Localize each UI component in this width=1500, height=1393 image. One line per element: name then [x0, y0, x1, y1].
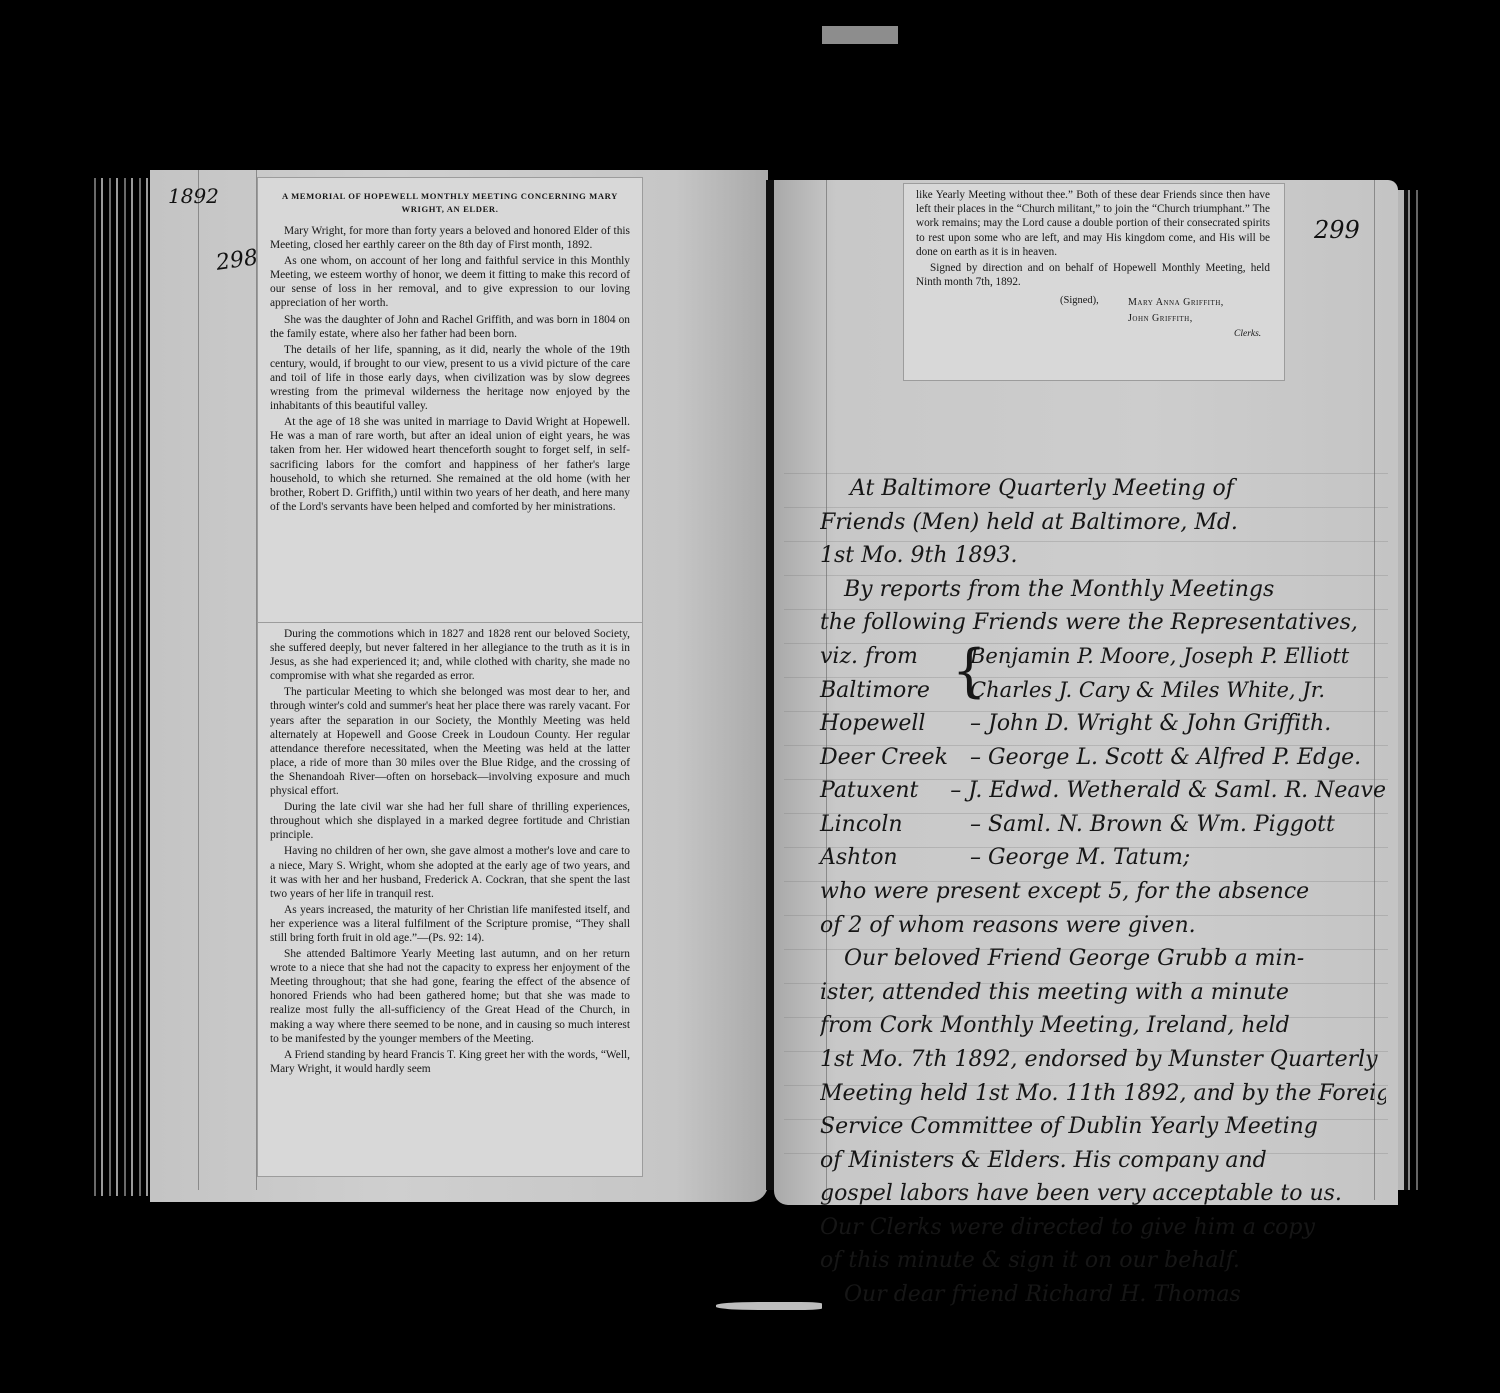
margin-rule [198, 170, 199, 1190]
left-page: 1892 298 A MEMORIAL OF HOPEWELL MONTHLY … [150, 170, 768, 1202]
representative-row: Deer Creek – George L. Scott & Alfred P.… [820, 741, 1386, 775]
minute-line: ister, attended this meeting with a minu… [820, 976, 1386, 1010]
memorial-paragraph: The particular Meeting to which she belo… [270, 685, 630, 798]
signatory: John Griffith, [1128, 313, 1193, 324]
representative-row: Hopewell – John D. Wright & John Griffit… [820, 707, 1386, 741]
representative-names: – George L. Scott & Alfred P. Edge. [970, 741, 1386, 775]
minute-heading-line: At Baltimore Quarterly Meeting of [820, 472, 1386, 506]
year-note: 1892 [168, 184, 219, 208]
memorial-clipping-part-1: A MEMORIAL OF HOPEWELL MONTHLY MEETING C… [258, 178, 642, 626]
minute-line: 1st Mo. 7th 1892, endorsed by Munster Qu… [820, 1043, 1386, 1077]
meeting-name: Lincoln [820, 808, 970, 842]
minute-line: gospel labors have been very acceptable … [820, 1177, 1386, 1211]
representative-row: Lincoln – Saml. N. Brown & Wm. Piggott [820, 808, 1386, 842]
representative-names: – John D. Wright & John Griffith. [970, 707, 1386, 741]
minute-line: Our dear friend Richard H. Thomas [820, 1278, 1386, 1312]
meeting-name: Baltimore [820, 674, 952, 708]
representative-names: Charles J. Cary & Miles White, Jr. [970, 674, 1386, 708]
left-page-edges [88, 178, 150, 1196]
representative-names: – J. Edwd. Wetherald & Saml. R. Neave [950, 774, 1386, 808]
minute-line: of this minute & sign it on our behalf. [820, 1244, 1386, 1278]
minute-line: from Cork Monthly Meeting, Ireland, held [820, 1009, 1386, 1043]
representative-names: – Saml. N. Brown & Wm. Piggott [970, 808, 1386, 842]
meeting-name: Deer Creek [820, 741, 970, 775]
memorial-clipping-part-2: During the commotions which in 1827 and … [258, 623, 642, 1176]
representative-names: – George M. Tatum; [970, 841, 1386, 875]
baltimore-representatives: viz. from Baltimore { Benjamin P. Moore,… [820, 640, 1386, 707]
meeting-name: Ashton [820, 841, 970, 875]
memorial-title: A MEMORIAL OF HOPEWELL MONTHLY MEETING C… [270, 190, 630, 216]
representative-row: Patuxent – J. Edwd. Wetherald & Saml. R.… [820, 774, 1386, 808]
memorial-paragraph: She was the daughter of John and Rachel … [270, 313, 630, 341]
right-page-edges [1398, 190, 1428, 1190]
memorial-paragraph: Having no children of her own, she gave … [270, 844, 630, 900]
signature-block: (Signed), Mary Anna Griffith, John Griff… [916, 295, 1270, 347]
minute-line: of 2 of whom reasons were given. [820, 909, 1386, 943]
clerks-label: Clerks. [1234, 329, 1261, 339]
minute-line: Meeting held 1st Mo. 11th 1892, and by t… [820, 1077, 1386, 1111]
brace-glyph: { [952, 638, 970, 708]
memorial-paragraph: She attended Baltimore Yearly Meeting la… [270, 947, 630, 1046]
memorial-paragraph: like Yearly Meeting without thee.” Both … [916, 188, 1270, 259]
minute-line: Service Committee of Dublin Yearly Meeti… [820, 1110, 1386, 1144]
memorial-clipping-conclusion: like Yearly Meeting without thee.” Both … [904, 184, 1284, 380]
viz-from-label: viz. from [820, 640, 952, 674]
minute-line: who were present except 5, for the absen… [820, 875, 1386, 909]
page-number: 299 [1314, 216, 1360, 244]
memorial-paragraph: Signed by direction and on behalf of Hop… [916, 261, 1270, 289]
memorial-paragraph: At the age of 18 she was united in marri… [270, 415, 630, 514]
margin-rule [256, 170, 257, 1190]
minute-line: Our Clerks were directed to give him a c… [820, 1211, 1386, 1245]
representative-row: Ashton – George M. Tatum; [820, 841, 1386, 875]
minute-heading-line: 1st Mo. 9th 1893. [820, 539, 1386, 573]
top-tab-marker [822, 26, 898, 44]
memorial-paragraph: The details of her life, spanning, as it… [270, 343, 630, 413]
signed-label: (Signed), [1060, 295, 1099, 306]
minute-line: of Ministers & Elders. His company and [820, 1144, 1386, 1178]
minute-line: Our beloved Friend George Grubb a min- [820, 942, 1386, 976]
memorial-paragraph: During the late civil war she had her fu… [270, 800, 630, 842]
minute-line: the following Friends were the Represent… [820, 606, 1386, 640]
bottom-tab-marker [716, 1302, 822, 1310]
handwritten-minutes: At Baltimore Quarterly Meeting of Friend… [820, 472, 1386, 1312]
folio-note: 298 [214, 245, 259, 276]
signatory: Mary Anna Griffith, [1128, 297, 1224, 308]
memorial-paragraph: A Friend standing by heard Francis T. Ki… [270, 1048, 630, 1076]
memorial-paragraph: As one whom, on account of her long and … [270, 254, 630, 310]
minute-line: By reports from the Monthly Meetings [820, 573, 1386, 607]
minute-heading-line: Friends (Men) held at Baltimore, Md. [820, 506, 1386, 540]
memorial-paragraph: Mary Wright, for more than forty years a… [270, 224, 630, 252]
meeting-name: Hopewell [820, 707, 970, 741]
memorial-paragraph: During the commotions which in 1827 and … [270, 627, 630, 683]
representative-names: Benjamin P. Moore, Joseph P. Elliott [970, 640, 1386, 674]
right-page: 299 like Yearly Meeting without thee.” B… [774, 180, 1398, 1205]
memorial-paragraph: As years increased, the maturity of her … [270, 903, 630, 945]
meeting-name: Patuxent [820, 774, 950, 808]
